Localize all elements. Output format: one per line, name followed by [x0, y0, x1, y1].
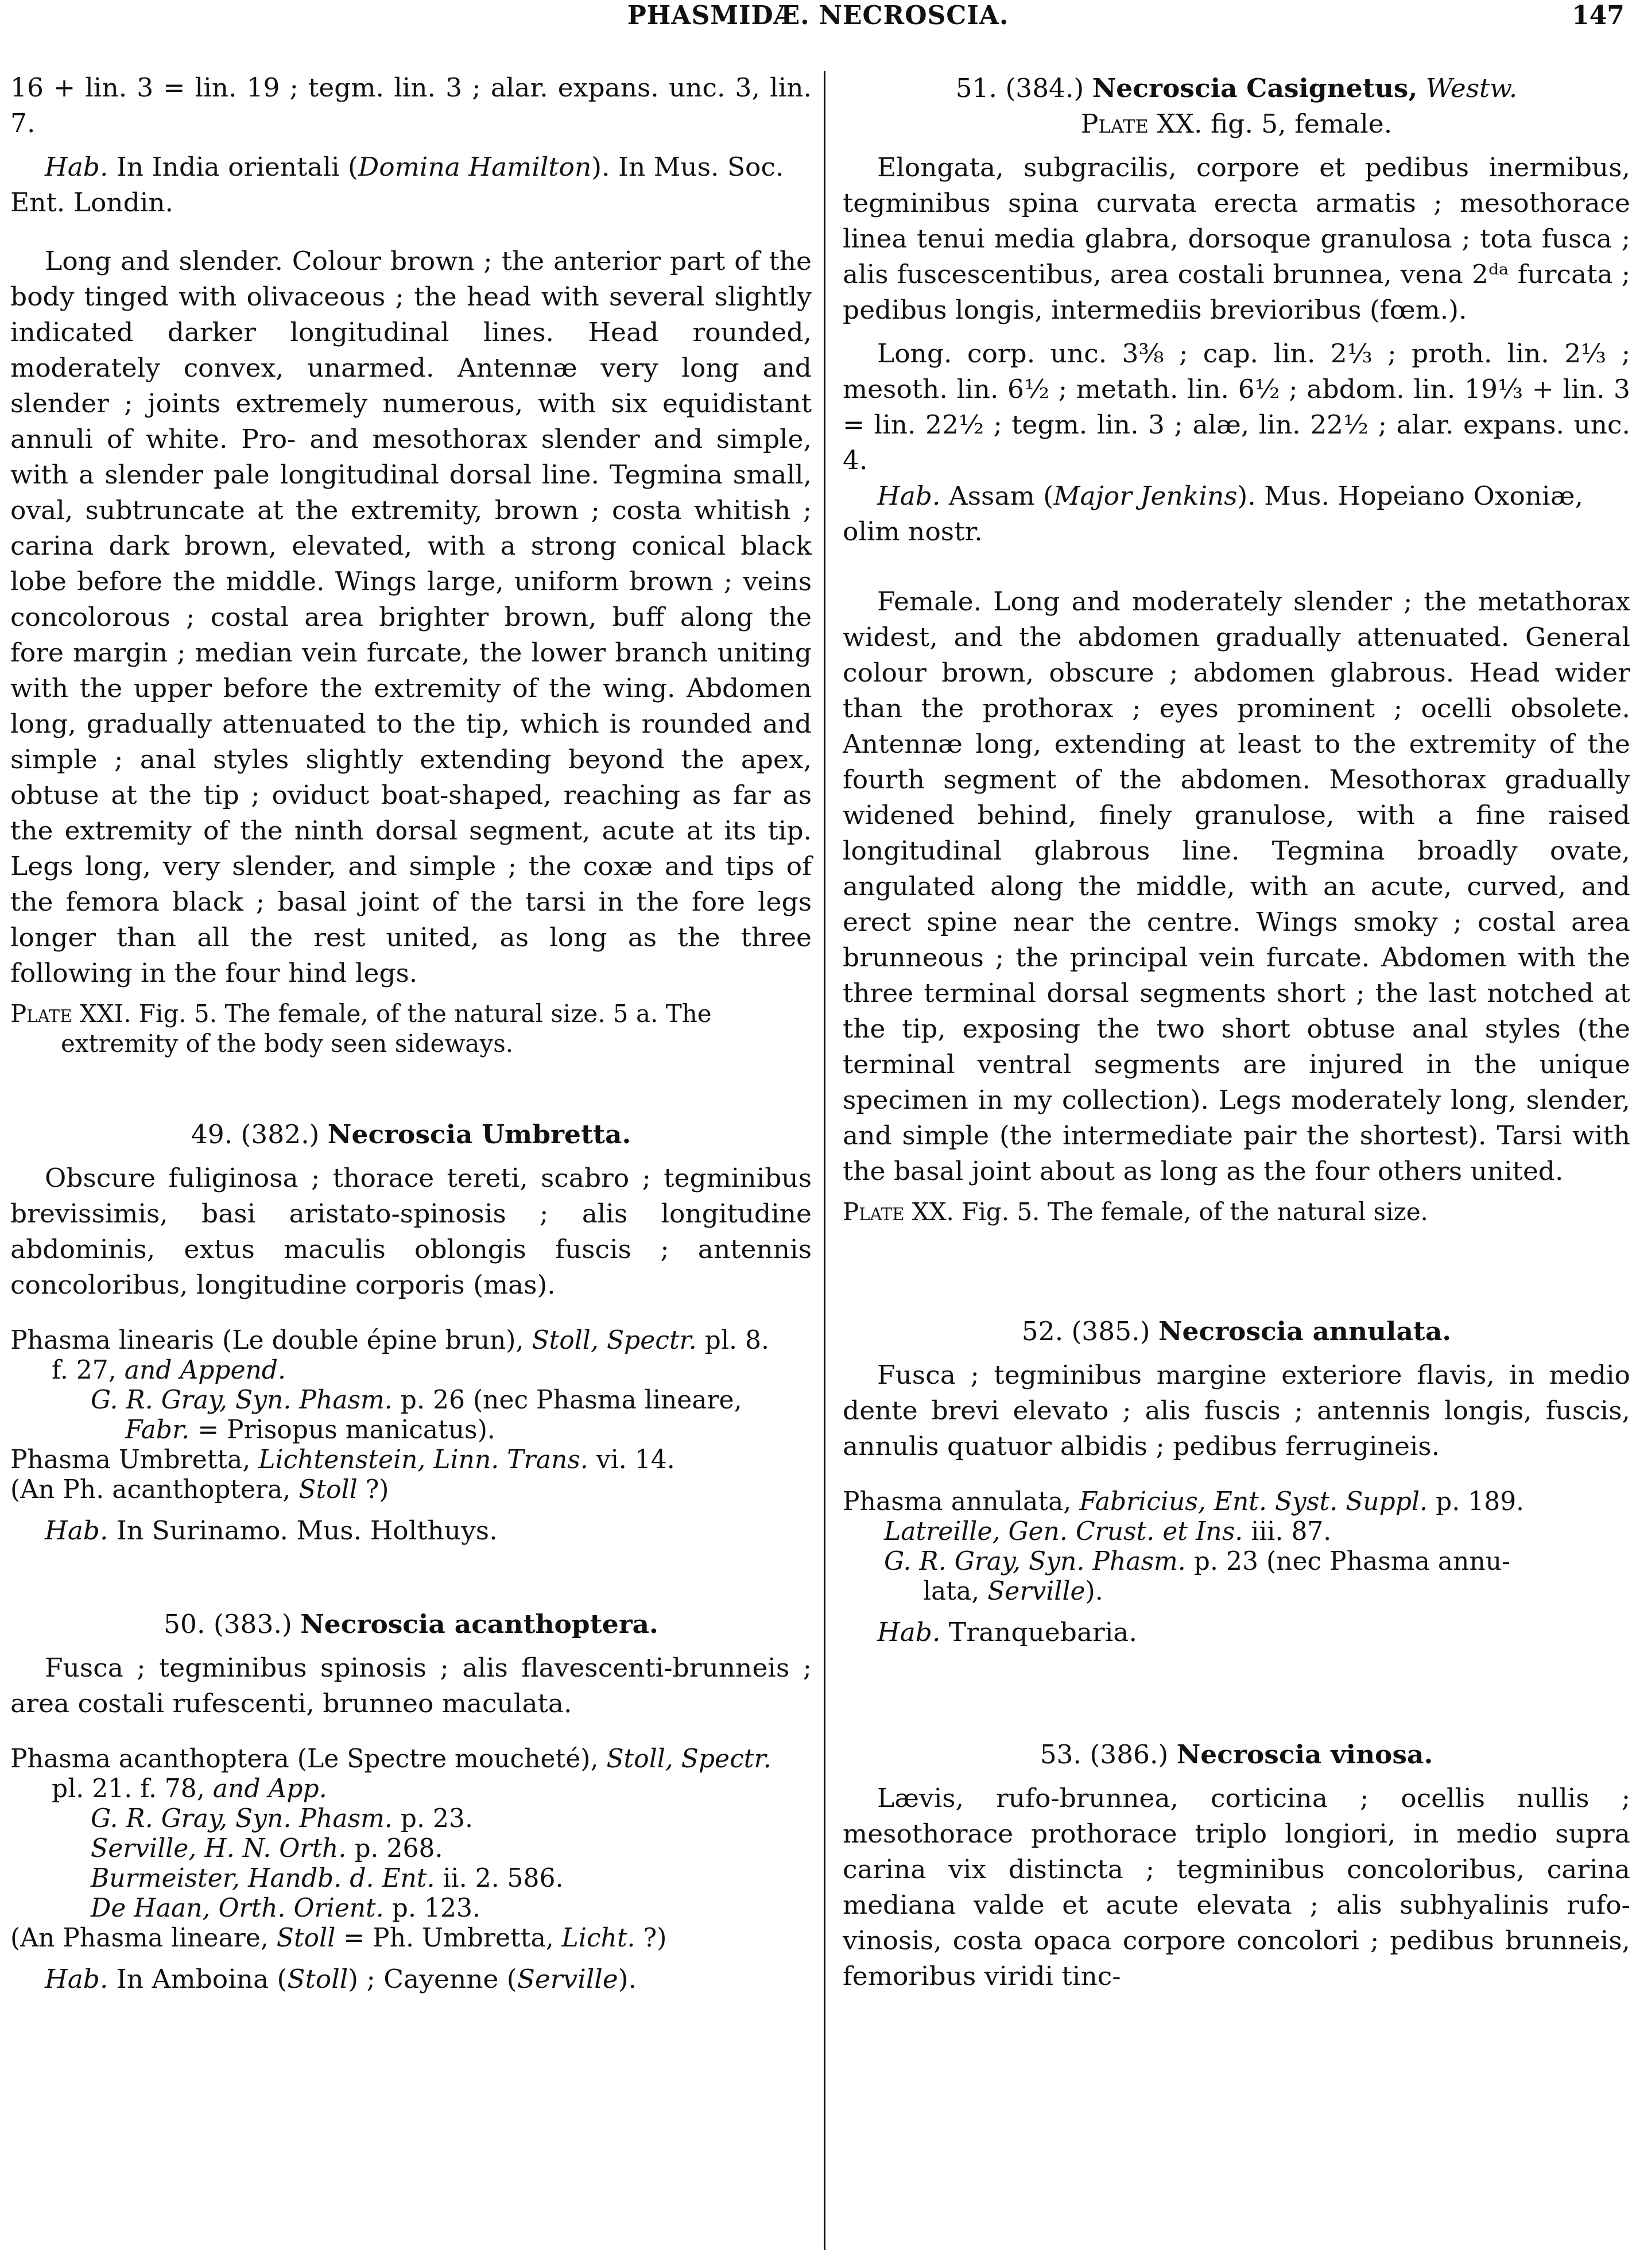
synonym-line: (An Phasma lineare, Stoll = Ph. Umbretta… [10, 1923, 812, 1953]
species-heading-49: 49. (382.) Necroscia Umbretta. [10, 1116, 812, 1152]
synonymy-50: Phasma acanthoptera (Le Spectre moucheté… [10, 1744, 812, 1953]
measurements-51: Long. corp. unc. 3⅜ ; cap. lin. 2⅓ ; pro… [843, 336, 1630, 478]
diagnosis-49: Obscure fuliginosa ; thorace tereti, sca… [10, 1160, 812, 1303]
habitat-51: Hab. Assam (Major Jenkins). Mus. Hopeian… [843, 478, 1630, 549]
synonym-line: G. R. Gray, Syn. Phasm. p. 23 (nec Phasm… [843, 1547, 1630, 1577]
diagnosis-53: Lævis, rufo-brunnea, corticina ; ocellis… [843, 1781, 1630, 1994]
synonym-line: Latreille, Gen. Crust. et Ins. iii. 87. [843, 1517, 1630, 1547]
synonym-line: Burmeister, Handb. d. Ent. ii. 2. 586. [10, 1864, 812, 1894]
left-column: 16 + lin. 3 = lin. 19 ; tegm. lin. 3 ; a… [10, 70, 812, 1997]
synonym-line: Phasma linearis (Le double épine brun), … [10, 1326, 812, 1356]
page-number: 147 [1572, 1, 1625, 30]
species-heading-50: 50. (383.) Necroscia acanthoptera. [10, 1606, 812, 1642]
habitat-52: Hab. Tranquebaria. [843, 1615, 1630, 1650]
synonym-line: Phasma acanthoptera (Le Spectre moucheté… [10, 1744, 812, 1774]
synonym-line: lata, Serville). [843, 1577, 1630, 1607]
description-51: Female. Long and moderately slender ; th… [843, 584, 1630, 1189]
plate-caption-51: Plate XX. Fig. 5. The female, of the nat… [843, 1197, 1630, 1227]
synonymy-49: Phasma linearis (Le double épine brun), … [10, 1326, 812, 1505]
plate-reference-51: Plate XX. fig. 5, female. [843, 106, 1630, 142]
synonymy-52: Phasma annulata, Fabricius, Ent. Syst. S… [843, 1487, 1630, 1607]
habitat-50: Hab. In Amboina (Stoll) ; Cayenne (Servi… [10, 1961, 812, 1997]
synonym-line: Fabr. = Prisopus manicatus). [10, 1415, 812, 1445]
plate-caption-48: Plate XXI. Fig. 5. The female, of the na… [10, 999, 812, 1059]
synonym-line: f. 27, and Append. [10, 1356, 812, 1385]
hab-label: Hab. [45, 152, 108, 182]
species-heading-51: 51. (384.) Necroscia Casignetus, Westw. [843, 70, 1630, 106]
synonym-line: Phasma annulata, Fabricius, Ent. Syst. S… [843, 1487, 1630, 1517]
right-column: 51. (384.) Necroscia Casignetus, Westw. … [843, 70, 1630, 1994]
synonym-line: De Haan, Orth. Orient. p. 123. [10, 1894, 812, 1923]
synonym-line: G. R. Gray, Syn. Phasm. p. 26 (nec Phasm… [10, 1385, 812, 1415]
habitat-49: Hab. In Surinamo. Mus. Holthuys. [10, 1513, 812, 1549]
species-heading-53: 53. (386.) Necroscia vinosa. [843, 1736, 1630, 1772]
synonym-line: pl. 21. f. 78, and App. [10, 1774, 812, 1804]
diagnosis-50: Fusca ; tegminibus spinosis ; alis flave… [10, 1650, 812, 1721]
diagnosis-51: Elongata, subgracilis, corpore et pedibu… [843, 150, 1630, 328]
column-divider [824, 71, 825, 2250]
habitat-48: Hab. In India orientali (Domina Hamilton… [10, 149, 812, 220]
synonym-line: (An Ph. acanthoptera, Stoll ?) [10, 1475, 812, 1505]
species-heading-52: 52. (385.) Necroscia annulata. [843, 1313, 1630, 1349]
description-48: Long and slender. Colour brown ; the ant… [10, 243, 812, 991]
diagnosis-52: Fusca ; tegminibus margine exteriore fla… [843, 1357, 1630, 1464]
measurements-continued: 16 + lin. 3 = lin. 19 ; tegm. lin. 3 ; a… [10, 70, 812, 141]
synonym-line: G. R. Gray, Syn. Phasm. p. 23. [10, 1804, 812, 1834]
synonym-line: Phasma Umbretta, Lichtenstein, Linn. Tra… [10, 1445, 812, 1475]
synonym-line: Serville, H. N. Orth. p. 268. [10, 1834, 812, 1864]
running-head: PHASMIDÆ. NECROSCIA. 147 [0, 0, 1636, 34]
running-title: PHASMIDÆ. NECROSCIA. [0, 1, 1636, 30]
